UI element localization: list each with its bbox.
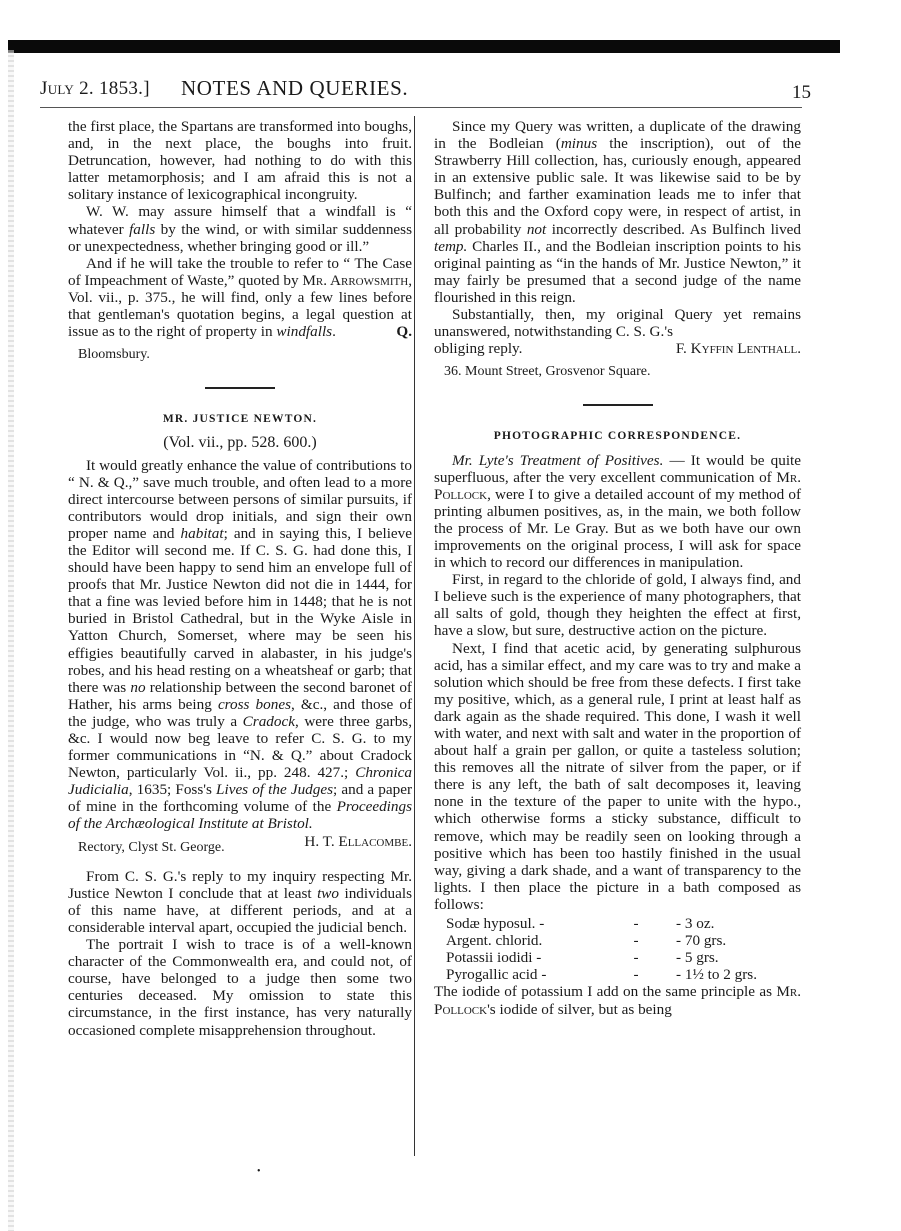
paragraph: The portrait I wish to trace is of a wel… [68, 936, 412, 1039]
section-divider [583, 404, 653, 406]
signature: F. Kyffin Lenthall. [676, 340, 801, 357]
paragraph: And if he will take the trouble to refer… [68, 255, 412, 340]
signature: Q. [378, 323, 412, 340]
article-title: PHOTOGRAPHIC CORRESPONDENCE. [434, 428, 801, 445]
header-rule [40, 107, 802, 108]
paragraph: From C. S. G.'s reply to my inquiry resp… [68, 868, 412, 936]
page-number: 15 [792, 82, 811, 104]
recipe-row: Sodæ hyposul. --- 3 oz. [446, 915, 801, 932]
paragraph: It would greatly enhance the value of co… [68, 457, 412, 833]
paragraph: The iodide of potassium I add on the sam… [434, 983, 801, 1017]
recipe-table: Sodæ hyposul. --- 3 oz. Argent. chlorid.… [446, 915, 801, 983]
left-column: the first place, the Spartans are transf… [68, 118, 412, 1039]
section-divider [205, 387, 275, 389]
paragraph: First, in regard to the chloride of gold… [434, 571, 801, 639]
recipe-row: Potassii iodidi --- 5 grs. [446, 949, 801, 966]
page-edge-shadow [8, 50, 14, 1231]
paragraph: Mr. Lyte's Treatment of Positives. — It … [434, 452, 801, 572]
column-divider [414, 116, 415, 1156]
place-line: Bloomsbury. [78, 346, 412, 363]
right-column: Since my Query was written, a duplicate … [434, 118, 801, 1018]
signature: H. T. Ellacombe. [286, 833, 412, 850]
recipe-row: Pyrogallic acid --- 1½ to 2 grs. [446, 966, 801, 983]
paragraph: W. W. may assure himself that a windfall… [68, 203, 412, 254]
paragraph: Next, I find that acetic acid, by genera… [434, 640, 801, 914]
top-border-bar [8, 40, 840, 53]
issue-date: July 2. 1853.] [40, 78, 150, 100]
paragraph: Since my Query was written, a duplicate … [434, 118, 801, 306]
place-line: 36. Mount Street, Grosvenor Square. [444, 363, 801, 380]
journal-title: NOTES AND QUERIES. [181, 76, 601, 101]
printer-mark: • [257, 1166, 261, 1177]
article-reference: (Vol. vii., pp. 528. 600.) [68, 434, 412, 451]
signature-line: obliging reply.F. Kyffin Lenthall. [434, 340, 801, 357]
running-head: July 2. 1853.] NOTES AND QUERIES. 15 [40, 78, 805, 108]
paragraph: Substantially, then, my original Query y… [434, 306, 801, 340]
recipe-row: Argent. chlorid.-- 70 grs. [446, 932, 801, 949]
article-title: MR. JUSTICE NEWTON. [68, 411, 412, 428]
paragraph: the first place, the Spartans are transf… [68, 118, 412, 203]
